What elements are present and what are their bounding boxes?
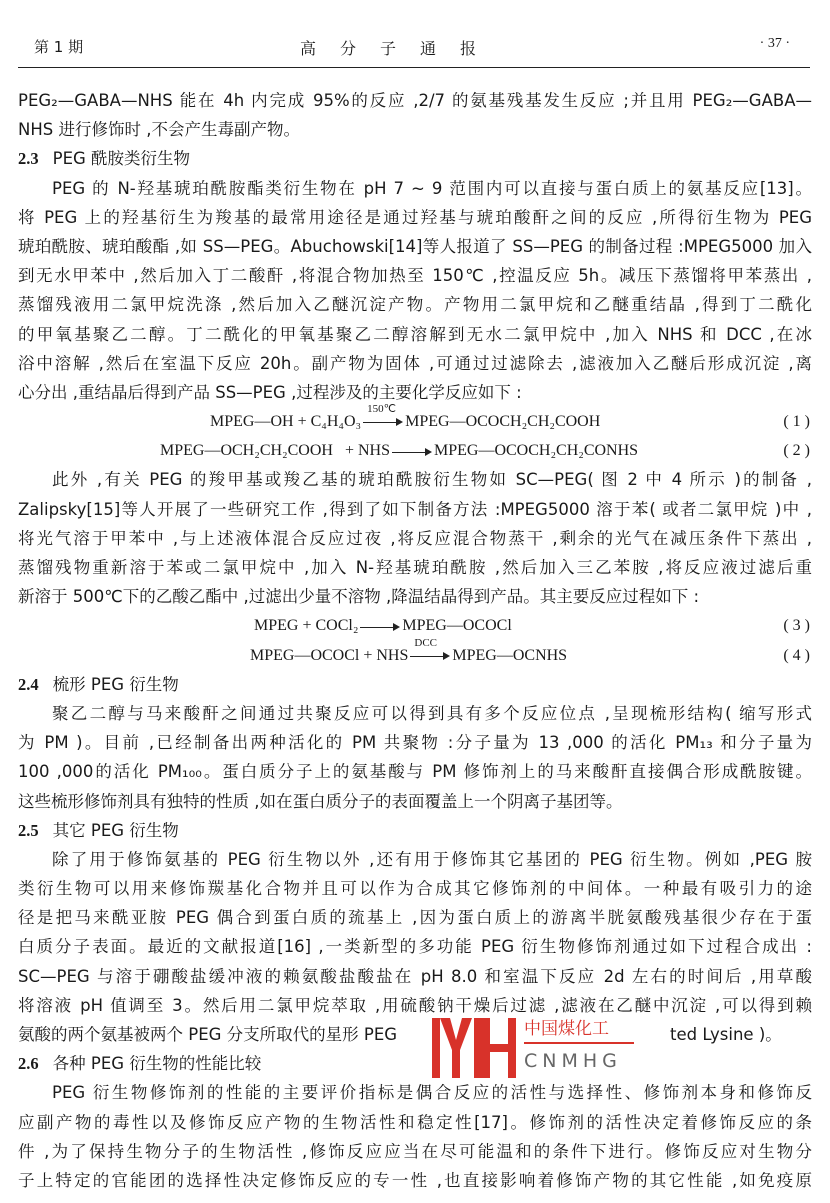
equation-number: ( 1 ) [783,407,810,436]
equation-lhs: MPEG—OH + C₄H₄O₃ [210,413,361,430]
paragraph-line: 此外 ,有关 PEG 的羧甲基或羧乙基的琥珀酰胺衍生物如 SC—PEG( 图 2… [18,465,812,494]
paragraph-line: PEG 的 N-羟基琥珀酰胺酯类衍生物在 pH 7 ~ 9 范围内可以直接与蛋白… [18,174,812,203]
paragraph-line: 聚乙二醇与马来酸酐之间通过共聚反应可以得到具有多个反应位点 ,呈现梳形结构( 缩… [18,699,812,728]
reaction-arrow-icon [392,447,432,457]
equation-expression: MPEG—OCOCl + NHSDCCMPEG—OCNHS [250,641,567,670]
page-header: 第 1 期 高分子通报 · 37 · [0,30,830,70]
equation-lhs: MPEG + COCl₂ [254,617,358,634]
paragraph-line: 为 PM )。目前 ,已经制备出两种活化的 PM 共聚物 :分子量为 13 ,0… [18,728,812,757]
section-heading-2-6: 2.6各种 PEG 衍生物的性能比较 [18,1049,812,1078]
equation-expression: MPEG—OH + C₄H₄O₃150℃MPEG—OCOCH₂CH₂COOH [210,407,600,436]
page-number: · 37 · [760,36,790,52]
equation-number: ( 2 ) [783,436,810,465]
paragraph-text: 氨酸的两个氨基被两个 PEG 分支所取代的星形 PEG [18,1025,397,1044]
equation-rhs: MPEG—OCOCl [402,617,511,634]
mh-logo-icon [430,1018,518,1078]
equation-number: ( 3 ) [783,611,810,640]
paragraph-line: 应副产物的毒性以及修饰反应产物的生物活性和稳定性[17]。修饰剂的活性决定着修饰… [18,1108,812,1137]
paragraph-line: 新溶于 500℃下的乙酸乙酯中 ,过滤出少量不溶物 ,降温结晶得到产品。其主要反… [18,582,812,611]
paragraph-line: 除了用于修饰氨基的 PEG 衍生物以外 ,还有用于修饰其它基团的 PEG 衍生物… [18,845,812,874]
section-heading-2-3: 2.3PEG 酰胺类衍生物 [18,144,812,173]
paragraph-line: 径是把马来酰亚胺 PEG 偶合到蛋白质的巯基上 ,因为蛋白质上的游离半胱氨酸残基… [18,903,812,932]
paragraph-line: Zalipsky[15]等人开展了一些研究工作 ,得到了如下制备方法 :MPEG… [18,495,812,524]
reaction-condition: 150℃ [367,403,396,415]
paragraph-line: 到无水甲苯中 ,然后加入丁二酸酐 ,将混合物加热至 150℃ ,控温反应 5h。… [18,261,812,290]
paragraph-line: PEG 衍生物修饰剂的性能的主要评价指标是偶合反应的活性与选择性、修饰剂本身和修… [18,1078,812,1107]
paragraph-line: NHS 进行修饰时 ,不会产生毒副产物。 [18,115,812,144]
paragraph-line: 子上特定的官能团的选择性决定修饰反应的专一性 ,也直接影响着修饰产物的其它性能 … [18,1166,812,1195]
paragraph-line: 蒸馏残液用二氯甲烷洗涤 ,然后加入乙醚沉淀产物。产物用二氯甲烷和乙醚重结晶 ,得… [18,290,812,319]
equation-1: MPEG—OH + C₄H₄O₃150℃MPEG—OCOCH₂CH₂COOH (… [18,407,812,436]
reaction-arrow-icon [360,622,400,632]
paragraph-line: 琥珀酰胺、琥珀酸酯 ,如 SS—PEG。Abuchowski[14]等人报道了 … [18,232,812,261]
paragraph-line: PEG₂—GABA—NHS 能在 4h 内完成 95%的反应 ,2/7 的氨基残… [18,86,812,115]
equation-rhs: MPEG—OCNHS [452,647,567,664]
paragraph-line: 心分出 ,重结晶后得到产品 SS—PEG ,过程涉及的主要化学反应如下 : [18,378,812,407]
equation-lhs: MPEG—OCOCl + NHS [250,647,408,664]
paragraph-line: SC—PEG 与溶于硼酸盐缓冲液的赖氨酸盐酸盐在 pH 8.0 和室温下反应 2… [18,962,812,991]
paragraph-line: 将溶液 pH 值调至 3。然后用二氯甲烷萃取 ,用硫酸钠干燥后过滤 ,滤液在乙醚… [18,991,812,1020]
watermark-cn-text: 中国煤化工 [524,1018,609,1040]
section-title: 各种 PEG 衍生物的性能比较 [53,1054,262,1073]
paragraph-line: 白质分子表面。最近的文献报道[16] ,一类新型的多功能 PEG 衍生物修饰剂通… [18,932,812,961]
paragraph-line: 100 ,000的活化 PM₁₀₀。蛋白质分子上的氨基酸与 PM 修饰剂上的马来… [18,757,812,786]
paragraph-line: 浴中溶解 ,然后在室温下反应 20h。副产物为固体 ,可通过过滤除去 ,滤液加入… [18,349,812,378]
issue-number: 第 1 期 [34,36,83,57]
paragraph-line: 氨酸的两个氨基被两个 PEG 分支所取代的星形 PEG ted Lysine )… [18,1020,812,1049]
section-number: 2.4 [18,675,39,694]
reaction-arrow-icon: 150℃ [363,417,403,427]
watermark-underline [524,1042,634,1044]
section-title: 梳形 PEG 衍生物 [53,675,179,694]
paragraph-line: 这些梳形修饰剂具有独特的性质 ,如在蛋白质分子的表面覆盖上一个阴离子基团等。 [18,787,812,816]
equation-expression: MPEG—OCH₂CH₂COOH + NHSMPEG—OCOCH₂CH₂CONH… [160,436,638,465]
equation-rhs: MPEG—OCOCH₂CH₂COOH [405,413,600,430]
reaction-condition: DCC [414,637,437,649]
section-title: PEG 酰胺类衍生物 [53,149,190,168]
paragraph-line: 的甲氧基聚乙二醇。丁二酰化的甲氧基聚乙二醇溶解到无水二氯甲烷中 ,加入 NHS … [18,320,812,349]
reaction-arrow-icon: DCC [410,651,450,661]
equation-lhs: MPEG—OCH₂CH₂COOH + NHS [160,442,390,459]
paragraph-line: 件 ,为了保持生物分子的生物活性 ,修饰反应应当在尽可能温和的条件下进行。修饰反… [18,1137,812,1166]
paragraph-line: 蒸馏残物重新溶于苯或二氯甲烷中 ,加入 N-羟基琥珀酰胺 ,然后加入三乙苯胺 ,… [18,553,812,582]
equation-rhs: MPEG—OCOCH₂CH₂CONHS [434,442,638,459]
watermark-logo: 中国煤化工 CNMHG [430,1018,660,1080]
section-number: 2.6 [18,1054,39,1073]
section-heading-2-4: 2.4梳形 PEG 衍生物 [18,670,812,699]
paragraph-line: 类衍生物可以用来修饰羰基化合物并且可以作为合成其它修饰剂的中间体。一种最有吸引力… [18,874,812,903]
equation-2: MPEG—OCH₂CH₂COOH + NHSMPEG—OCOCH₂CH₂CONH… [18,436,812,465]
equation-4: MPEG—OCOCl + NHSDCCMPEG—OCNHS ( 4 ) [18,641,812,670]
section-number: 2.3 [18,149,39,168]
paragraph-line: 将光气溶于甲苯中 ,与上述液体混合反应过夜 ,将反应混合物蒸干 ,剩余的光气在减… [18,524,812,553]
article-body: PEG₂—GABA—NHS 能在 4h 内完成 95%的反应 ,2/7 的氨基残… [18,86,812,1195]
section-heading-2-5: 2.5其它 PEG 衍生物 [18,816,812,845]
header-rule [18,67,810,68]
paragraph-text: ted Lysine )。 [670,1020,782,1049]
section-number: 2.5 [18,821,39,840]
equation-number: ( 4 ) [783,641,810,670]
section-title: 其它 PEG 衍生物 [53,821,179,840]
journal-title: 高分子通报 [300,36,500,59]
paragraph-line: 将 PEG 上的羟基衍生为羧基的最常用途径是通过羟基与琥珀酸酐之间的反应 ,所得… [18,203,812,232]
watermark-en-text: CNMHG [524,1048,622,1074]
equation-expression: MPEG + COCl₂MPEG—OCOCl [254,611,512,640]
